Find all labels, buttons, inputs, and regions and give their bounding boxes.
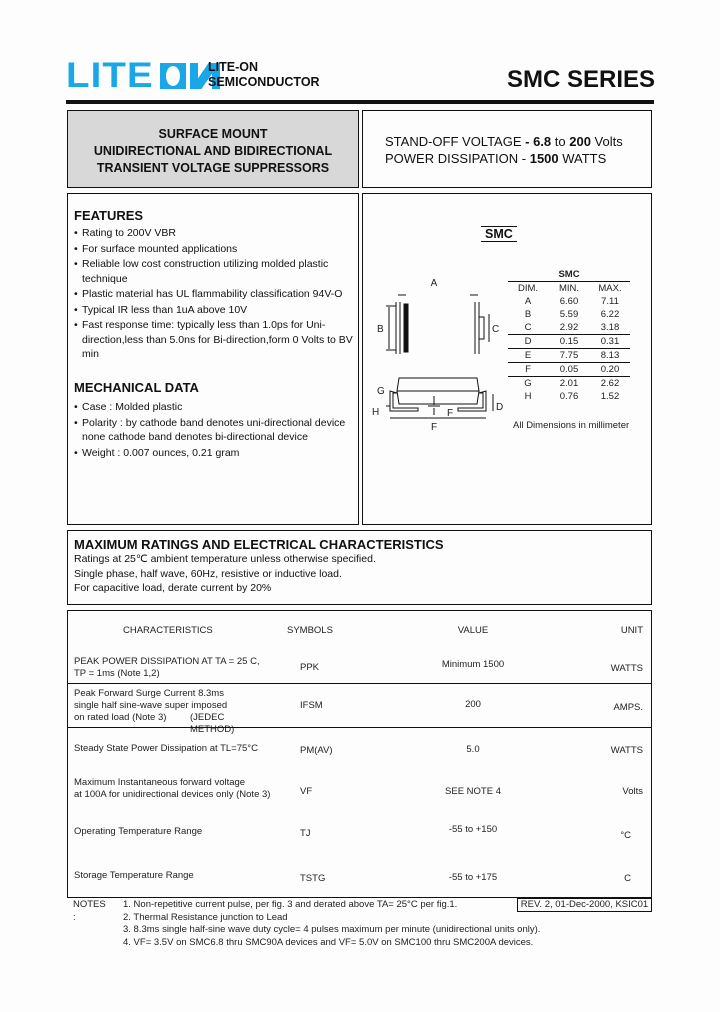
char-line: on rated load (Note 3)(JEDEC METHOD) bbox=[74, 712, 227, 724]
features-box: FEATURES Rating to 200V VBR For surface … bbox=[67, 193, 359, 525]
dim: F bbox=[508, 363, 548, 377]
table-row: Maximum Instantaneous forward voltage at… bbox=[68, 767, 651, 811]
title-line: TRANSIENT VOLTAGE SUPPRESSORS bbox=[68, 160, 358, 177]
row-value: Minimum 1500 bbox=[368, 659, 578, 671]
dim-min: 0.05 bbox=[548, 363, 590, 377]
row-symbol: VF bbox=[300, 786, 312, 798]
liteon-logo: LITE bbox=[66, 58, 220, 93]
dim-min: 5.59 bbox=[548, 308, 590, 321]
standoff-min: 6.8 bbox=[533, 134, 551, 149]
dim-max: 1.52 bbox=[590, 390, 630, 403]
table-row: PEAK POWER DISSIPATION AT TA = 25 C, TP … bbox=[68, 656, 651, 684]
row-characteristic: Storage Temperature Range bbox=[74, 870, 194, 882]
note-item: 3. 8.3ms single half-sine wave duty cycl… bbox=[123, 924, 540, 937]
dim: E bbox=[508, 349, 548, 363]
dim: A bbox=[508, 295, 548, 308]
row-unit: C bbox=[624, 873, 631, 885]
ratings-title: MAXIMUM RATINGS AND ELECTRICAL CHARACTER… bbox=[74, 537, 651, 552]
dim: G bbox=[508, 377, 548, 391]
row-characteristic: Steady State Power Dissipation at TL=75°… bbox=[74, 743, 258, 755]
dims-row: G2.012.62 bbox=[508, 377, 630, 391]
dim: D bbox=[508, 335, 548, 349]
dim-min: 6.60 bbox=[548, 295, 590, 308]
dim: B bbox=[508, 308, 548, 321]
revision-stamp: REV. 2, 01-Dec-2000, KSIC01 bbox=[517, 898, 652, 912]
feature-item: Fast response time: typically less than … bbox=[74, 318, 354, 362]
package-label: SMC bbox=[481, 226, 517, 242]
dim: H bbox=[508, 390, 548, 403]
dim-label-e: F bbox=[431, 422, 437, 433]
dim-max: 0.31 bbox=[590, 335, 630, 349]
note-item: 1. Non-repetitive current pulse, per fig… bbox=[123, 899, 540, 912]
table-row: Peak Forward Surge Current 8.3ms single … bbox=[68, 683, 651, 728]
mechanical-item: Weight : 0.007 ounces, 0.21 gram bbox=[74, 446, 352, 461]
row-value: -55 to +175 bbox=[368, 872, 578, 884]
row-unit: AMPS. bbox=[613, 702, 643, 714]
dims-row: F0.050.20 bbox=[508, 363, 630, 377]
mechanical-item: Case : Molded plastic bbox=[74, 400, 352, 415]
char-line: at 100A for unidirectional devices only … bbox=[74, 789, 270, 801]
feature-item: Plastic material has UL flammability cla… bbox=[74, 287, 354, 302]
dim-min: 0.15 bbox=[548, 335, 590, 349]
company-name: LITE-ON SEMICONDUCTOR bbox=[208, 60, 320, 90]
feature-item: Typical IR less than 1uA above 10V bbox=[74, 303, 354, 318]
row-value: -55 to +150 bbox=[368, 824, 578, 836]
separator: - bbox=[522, 151, 530, 166]
header-symbols: SYMBOLS bbox=[287, 625, 333, 637]
dimensions-table: SMC DIM. MIN. MAX. A6.607.11 B5.596.22 C… bbox=[508, 268, 630, 403]
row-symbol: IFSM bbox=[300, 700, 323, 712]
note-item: 2. Thermal Resistance junction to Lead bbox=[123, 912, 540, 925]
company-line-1: LITE-ON bbox=[208, 60, 320, 75]
table-row: Operating Temperature Range TJ -55 to +1… bbox=[68, 811, 651, 855]
dim-min: 2.01 bbox=[548, 377, 590, 391]
mechanical-item: Polarity : by cathode band denotes uni-d… bbox=[74, 416, 352, 445]
dim-label-g: G bbox=[377, 386, 385, 397]
ratings-line: Ratings at 25℃ ambient temperature unles… bbox=[74, 552, 651, 567]
dim-max: 6.22 bbox=[590, 308, 630, 321]
dim-max: 0.20 bbox=[590, 363, 630, 377]
power-unit: WATTS bbox=[559, 151, 607, 166]
header-characteristics: CHARACTERISTICS bbox=[123, 625, 213, 637]
product-title-box: SURFACE MOUNT UNIDIRECTIONAL AND BIDIREC… bbox=[67, 110, 359, 188]
header-value: VALUE bbox=[368, 625, 578, 637]
dims-header: DIM. bbox=[508, 282, 548, 296]
dims-row: A6.607.11 bbox=[508, 295, 630, 308]
mechanical-title: MECHANICAL DATA bbox=[74, 380, 199, 395]
row-symbol: TJ bbox=[300, 828, 311, 840]
dims-table-title: SMC bbox=[508, 268, 630, 282]
row-value: SEE NOTE 4 bbox=[368, 786, 578, 798]
notes-label: NOTES : bbox=[73, 899, 106, 924]
char-line-text: on rated load (Note 3) bbox=[74, 712, 166, 723]
ratings-line: For capacitive load, derate current by 2… bbox=[74, 581, 651, 596]
logo-o-mark bbox=[160, 63, 186, 89]
table-row: Steady State Power Dissipation at TL=75°… bbox=[68, 727, 651, 768]
row-characteristic: Maximum Instantaneous forward voltage at… bbox=[74, 777, 270, 801]
dim-label-c: C bbox=[492, 324, 499, 335]
separator: - bbox=[522, 134, 534, 149]
row-symbol: PPK bbox=[300, 662, 319, 674]
dims-row: H0.761.52 bbox=[508, 390, 630, 403]
ratings-box: MAXIMUM RATINGS AND ELECTRICAL CHARACTER… bbox=[67, 530, 652, 605]
char-line: PEAK POWER DISSIPATION AT TA = 25 C, bbox=[74, 656, 260, 668]
feature-item: Rating to 200V VBR bbox=[74, 226, 354, 241]
row-symbol: TSTG bbox=[300, 873, 325, 885]
feature-item: For surface mounted applications bbox=[74, 242, 354, 257]
notes-list: 1. Non-repetitive current pulse, per fig… bbox=[123, 899, 540, 949]
char-line: Maximum Instantaneous forward voltage bbox=[74, 777, 270, 789]
dim-label-d: D bbox=[496, 402, 503, 413]
dim-min: 2.92 bbox=[548, 321, 590, 335]
series-title: SMC SERIES bbox=[507, 66, 655, 94]
power-value: 1500 bbox=[530, 151, 559, 166]
row-characteristic: Peak Forward Surge Current 8.3ms single … bbox=[74, 688, 227, 724]
table-row: Storage Temperature Range TSTG -55 to +1… bbox=[68, 855, 651, 899]
row-unit: °C bbox=[620, 830, 631, 842]
row-value: 200 bbox=[368, 699, 578, 711]
dim-max: 7.11 bbox=[590, 295, 630, 308]
dims-row: B5.596.22 bbox=[508, 308, 630, 321]
dim-label-f: F bbox=[447, 408, 453, 419]
standoff-label: STAND-OFF VOLTAGE bbox=[385, 134, 522, 149]
power-label: POWER DISSIPATION bbox=[385, 151, 522, 166]
spec-summary-box: STAND-OFF VOLTAGE - 6.8 to 200 Volts POW… bbox=[362, 110, 652, 188]
dims-row: E7.758.13 bbox=[508, 349, 630, 363]
ratings-line: Single phase, half wave, 60Hz, resistive… bbox=[74, 567, 651, 582]
char-line: Peak Forward Surge Current 8.3ms bbox=[74, 688, 227, 700]
row-characteristic: PEAK POWER DISSIPATION AT TA = 25 C, TP … bbox=[74, 656, 260, 680]
feature-item: Reliable low cost construction utilizing… bbox=[74, 257, 354, 286]
features-list: Rating to 200V VBR For surface mounted a… bbox=[74, 226, 354, 362]
characteristics-table: CHARACTERISTICS SYMBOLS VALUE UNIT PEAK … bbox=[67, 610, 652, 898]
power-dissipation-line: POWER DISSIPATION - 1500 WATTS bbox=[385, 150, 651, 167]
title-line: UNIDIRECTIONAL AND BIDIRECTIONAL bbox=[68, 143, 358, 160]
dim-label-a: A bbox=[431, 278, 438, 289]
row-unit: Volts bbox=[622, 786, 643, 798]
package-dimensions-box: SMC bbox=[362, 193, 652, 525]
to-word: to bbox=[551, 134, 569, 149]
dims-header: MIN. bbox=[548, 282, 590, 296]
dims-header: MAX. bbox=[590, 282, 630, 296]
header-divider bbox=[66, 100, 654, 104]
dim-max: 8.13 bbox=[590, 349, 630, 363]
title-line: SURFACE MOUNT bbox=[68, 126, 358, 143]
dims-row: D0.150.31 bbox=[508, 335, 630, 349]
features-title: FEATURES bbox=[74, 208, 358, 223]
dimensions-note: All Dimensions in millimeter bbox=[513, 420, 629, 431]
dim-min: 0.76 bbox=[548, 390, 590, 403]
header-unit: UNIT bbox=[621, 625, 643, 637]
dim-label-b: B bbox=[377, 324, 384, 335]
dim-max: 2.62 bbox=[590, 377, 630, 391]
logo-wordmark: LITE bbox=[66, 58, 154, 93]
package-outline-diagram: A B C G H F D F bbox=[368, 274, 508, 439]
standoff-unit: Volts bbox=[591, 134, 623, 149]
note-item: 4. VF= 3.5V on SMC6.8 thru SMC90A device… bbox=[123, 937, 540, 950]
dim-min: 7.75 bbox=[548, 349, 590, 363]
dim-max: 3.18 bbox=[590, 321, 630, 335]
row-characteristic: Operating Temperature Range bbox=[74, 826, 202, 838]
standoff-voltage-line: STAND-OFF VOLTAGE - 6.8 to 200 Volts bbox=[385, 133, 651, 150]
dims-row: C2.923.18 bbox=[508, 321, 630, 335]
company-line-2: SEMICONDUCTOR bbox=[208, 75, 320, 90]
row-symbol: PM(AV) bbox=[300, 745, 333, 757]
char-line: TP = 1ms (Note 1,2) bbox=[74, 668, 260, 680]
standoff-max: 200 bbox=[569, 134, 591, 149]
row-unit: WATTS bbox=[611, 663, 643, 675]
row-unit: WATTS bbox=[611, 745, 643, 757]
dim-label-h: H bbox=[372, 407, 379, 418]
mechanical-list: Case : Molded plastic Polarity : by cath… bbox=[74, 400, 352, 461]
char-line: single half sine-wave super imposed bbox=[74, 700, 227, 712]
dim: C bbox=[508, 321, 548, 335]
row-value: 5.0 bbox=[368, 744, 578, 756]
